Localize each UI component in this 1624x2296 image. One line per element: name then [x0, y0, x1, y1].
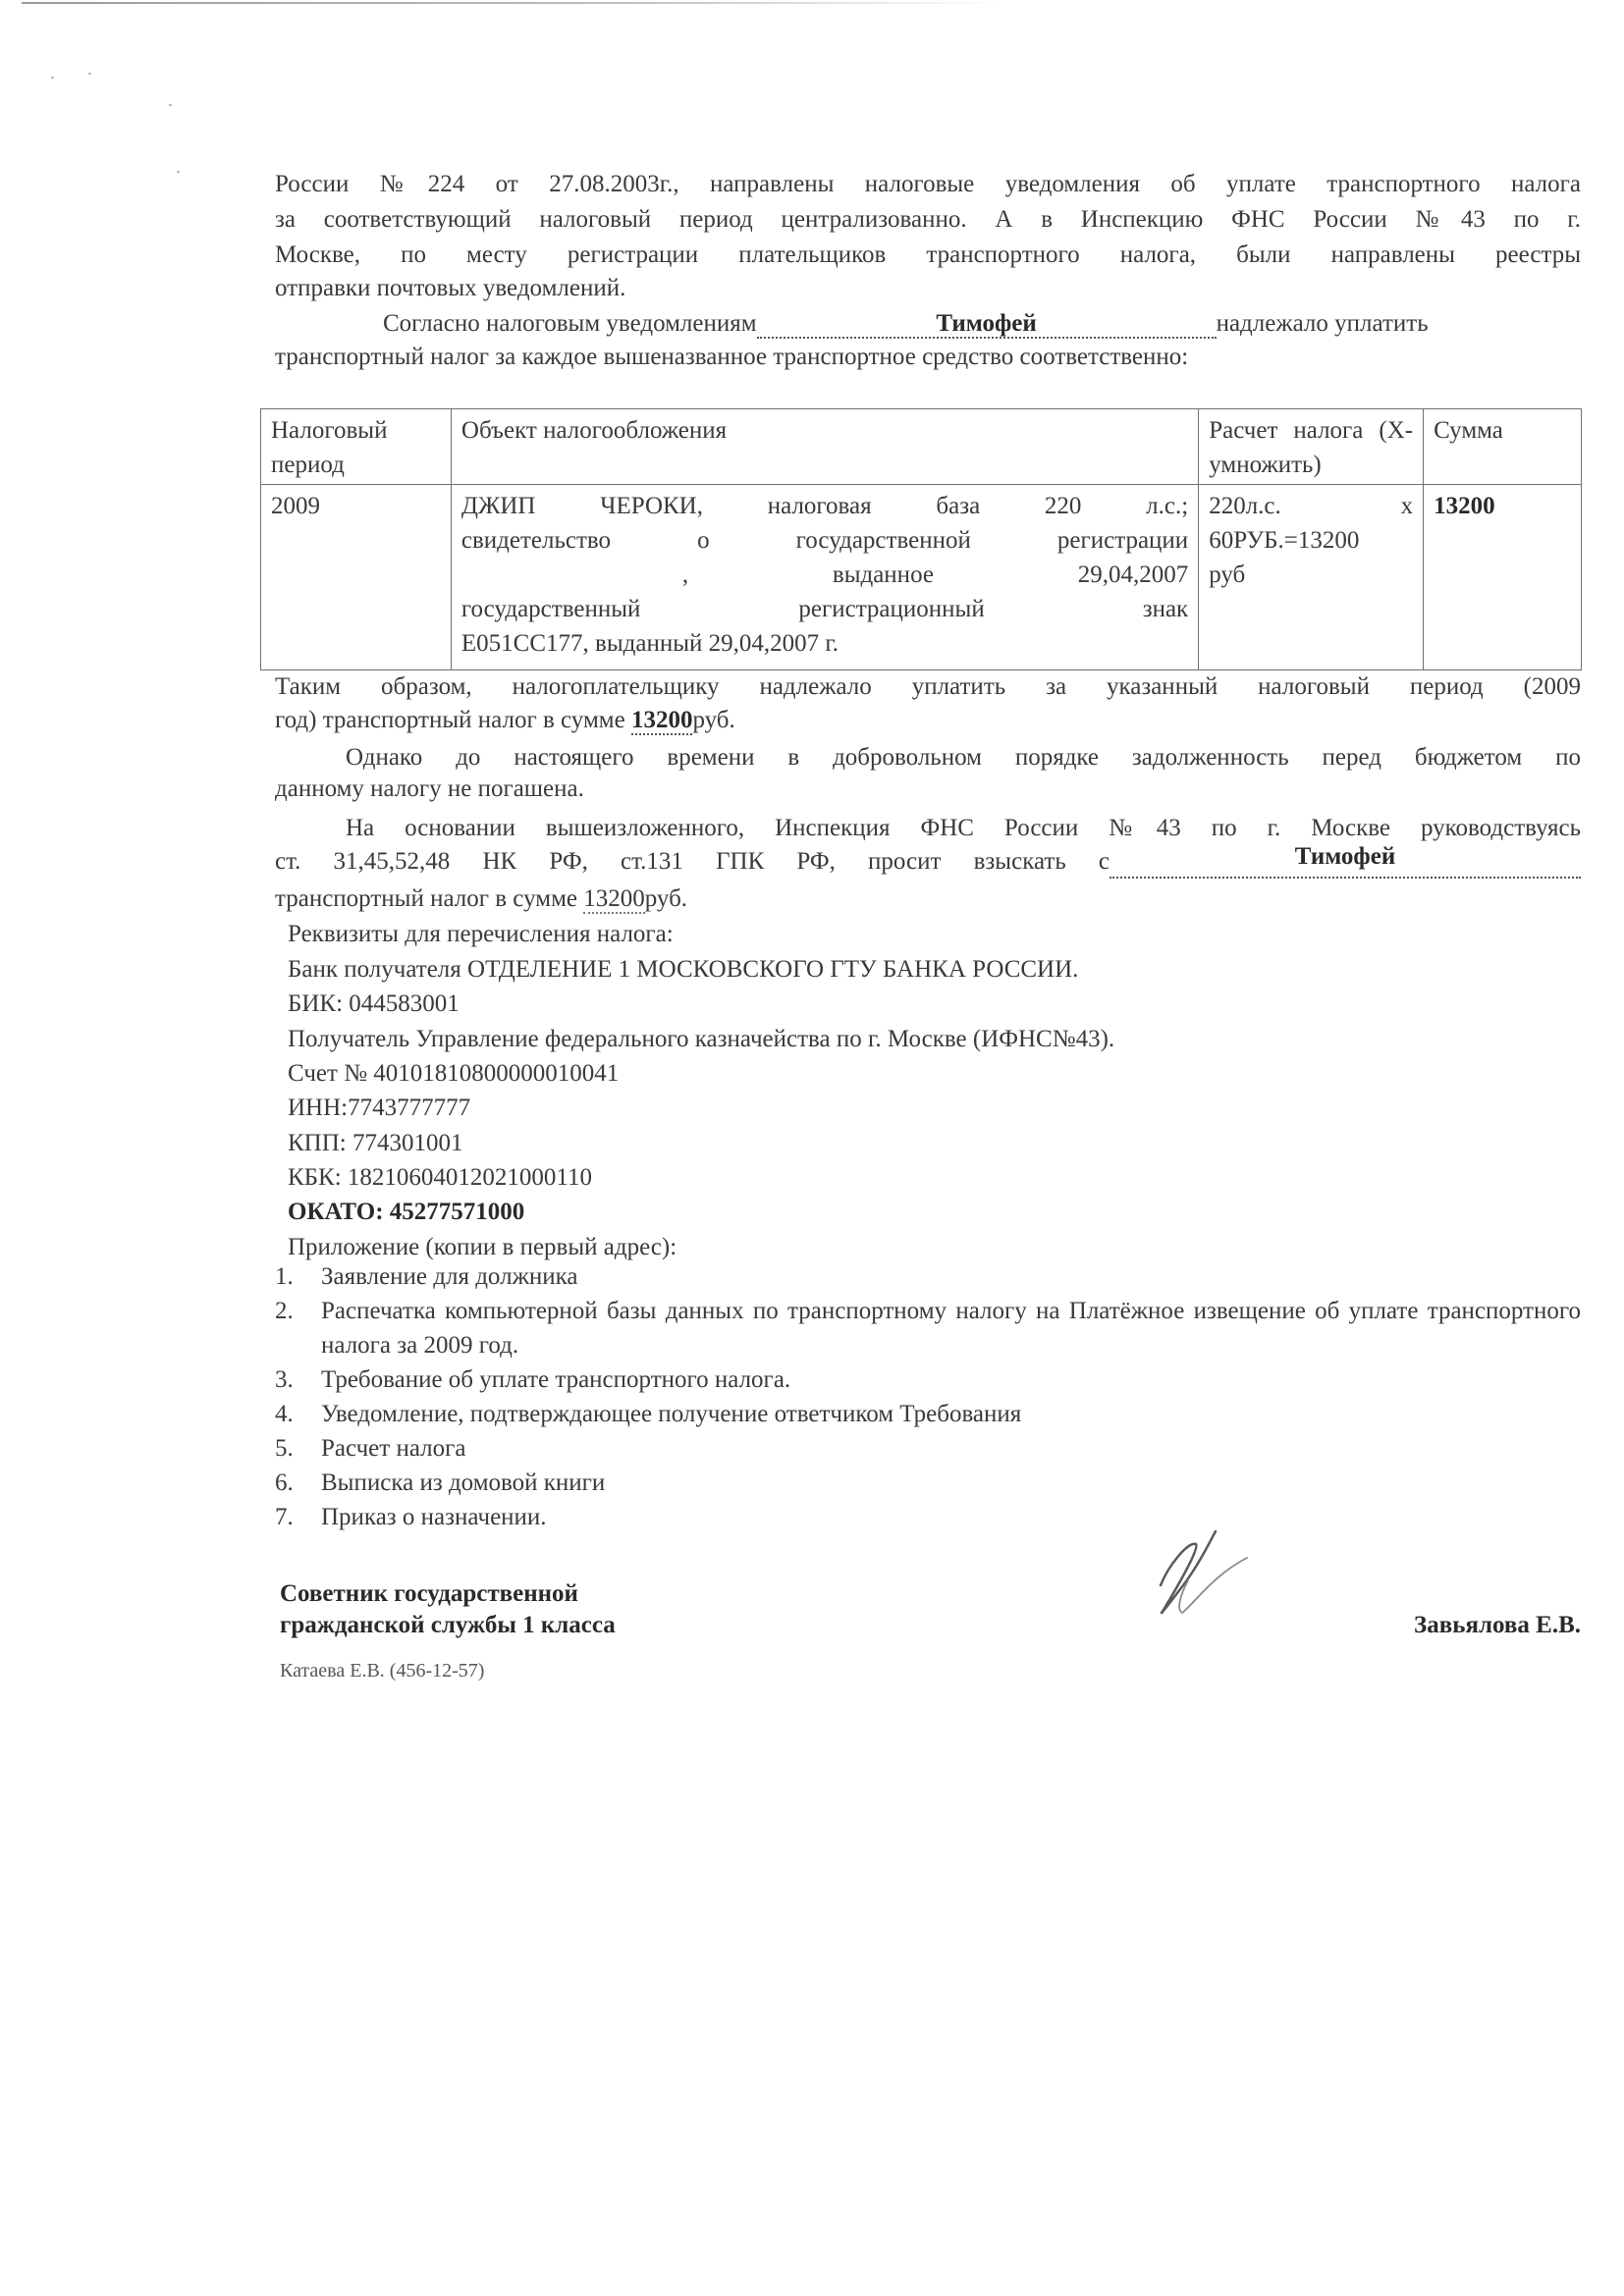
list-text: Уведомление, подтверждающее получение от…	[321, 1401, 1021, 1427]
list-number: 1.	[275, 1259, 294, 1294]
list-item: 7.Приказ о назначении.	[275, 1500, 1581, 1534]
scan-speck	[88, 73, 91, 75]
calc-line: руб	[1209, 558, 1413, 592]
claim-line-2: ст. 31,45,52,48 НК РФ, ст.131 ГПК РФ, пр…	[275, 844, 1581, 879]
document-page: России №224 от 27.08.2003г., направлены …	[0, 0, 1624, 2296]
claim-amount-text: транспортный налог в сумме	[275, 885, 583, 912]
handwritten-signature-icon	[1139, 1526, 1276, 1634]
notice-suffix: надлежало уплатить	[1217, 310, 1429, 337]
list-item: 4.Уведомление, подтверждающее получение …	[275, 1397, 1581, 1431]
executor-contact: Катаева Е.В. (456-12-57)	[280, 1657, 484, 1684]
list-number: 7.	[275, 1500, 294, 1534]
list-number: 2.	[275, 1294, 294, 1328]
taxpayer-name-field: Тимофей	[757, 311, 1217, 339]
requisites-title: Реквизиты для перечисления налога:	[288, 917, 674, 951]
list-number: 6.	[275, 1466, 294, 1500]
object-line: государственный регистрационный знак	[461, 592, 1188, 626]
summary-text: год) транспортный налог в сумме	[275, 707, 631, 733]
list-item: 2.Распечатка компьютерной базы данных по…	[275, 1294, 1581, 1362]
list-text: Приказ о назначении.	[321, 1504, 547, 1530]
header-amount: Сумма	[1424, 409, 1582, 485]
table-row: 2009 ДЖИП ЧЕРОКИ, налоговая база 220 л.с…	[261, 485, 1582, 670]
debt-line-2: данному налогу не погашена.	[275, 772, 584, 806]
summary-line-1: Таким образом, налогоплательщику надлежа…	[275, 669, 1581, 704]
list-text: Расчет налога	[321, 1435, 465, 1462]
requisites-kpp: КПП: 774301001	[288, 1126, 462, 1160]
requisites-recipient: Получатель Управление федерального казна…	[288, 1022, 1114, 1056]
requisites-bik: БИК: 044583001	[288, 987, 460, 1021]
list-item: 6.Выписка из домовой книги	[275, 1466, 1581, 1500]
list-item: 3.Требование об уплате транспортного нал…	[275, 1362, 1581, 1397]
scan-speck	[51, 77, 54, 79]
object-line-text: , выданное 29,04,2007	[682, 558, 1188, 592]
summary-currency: руб.	[692, 707, 734, 733]
requisites-account: Счет № 40101810800000010041	[288, 1056, 619, 1091]
requisites-inn: ИНН:7743777777	[288, 1091, 470, 1125]
cell-period: 2009	[261, 485, 452, 670]
list-text: Распечатка компьютерной базы данных по т…	[321, 1298, 1581, 1359]
signer-name: Завьялова Е.В.	[1370, 1608, 1581, 1642]
list-text: Требование об уплате транспортного налог…	[321, 1366, 790, 1393]
list-item: 1.Заявление для должника	[275, 1259, 1581, 1294]
list-item: 5.Расчет налога	[275, 1431, 1581, 1466]
claim-amount: 13200	[583, 885, 645, 914]
summary-line-2: год) транспортный налог в сумме 13200руб…	[275, 703, 735, 737]
object-line: ДЖИП ЧЕРОКИ, налоговая база 220 л.с.;	[461, 489, 1188, 523]
intro-line-1: России №224 от 27.08.2003г., направлены …	[275, 167, 1581, 201]
header-calculation: Расчет налога (Х-умножить)	[1199, 409, 1424, 485]
notice-line-1: Согласно налоговым уведомлениямТимофейна…	[383, 306, 1429, 341]
intro-line-3: Москве, по месту регистрации плательщико…	[275, 238, 1581, 272]
attachments-list: 1.Заявление для должника 2.Распечатка ко…	[275, 1259, 1581, 1534]
list-number: 4.	[275, 1397, 294, 1431]
requisites-bank: Банк получателя ОТДЕЛЕНИЕ 1 МОСКОВСКОГО …	[288, 952, 1078, 987]
calc-line: 60РУБ.=13200	[1209, 523, 1413, 558]
claim-currency: руб.	[645, 885, 687, 912]
notice-line-2: транспортный налог за каждое вышеназванн…	[275, 340, 1188, 374]
scan-speck	[169, 104, 172, 106]
list-text: Заявление для должника	[321, 1263, 577, 1290]
debt-line-1: Однако до настоящего времени в доброволь…	[346, 740, 1581, 774]
tax-table-header-row: Налоговый период Объект налогообложения …	[261, 409, 1582, 485]
claim-line-1: На основании вышеизложенного, Инспекция …	[346, 811, 1581, 845]
signer-position-line-1: Советник государственной	[280, 1576, 578, 1611]
calc-line: 220л.с. х	[1209, 489, 1413, 523]
cell-amount: 13200	[1424, 485, 1582, 670]
defendant-name-field: Тимофей	[1110, 844, 1581, 879]
claim-line-3: транспортный налог в сумме 13200руб.	[275, 881, 687, 916]
object-line: свидетельство о государственной регистра…	[461, 523, 1188, 558]
intro-line-4: отправки почтовых уведомлений.	[275, 271, 625, 305]
header-object: Объект налогообложения	[451, 409, 1198, 485]
tax-table: Налоговый период Объект налогообложения …	[260, 408, 1582, 670]
summary-amount: 13200	[631, 707, 693, 735]
intro-line-2: за соответствующий налоговый период цент…	[275, 202, 1581, 237]
requisites-kbk: КБК: 18210604012021000110	[288, 1160, 592, 1195]
list-text: Выписка из домовой книги	[321, 1469, 605, 1496]
notice-prefix: Согласно налоговым уведомлениям	[383, 310, 757, 337]
object-line: Е051СС177, выданный 29,04,2007 г.	[461, 626, 1188, 661]
scan-speck	[177, 171, 180, 173]
list-number: 5.	[275, 1431, 294, 1466]
scan-edge-line	[22, 2, 1003, 4]
object-line: , выданное 29,04,2007	[461, 558, 1188, 592]
list-number: 3.	[275, 1362, 294, 1397]
requisites-okato: ОКАТО: 45277571000	[288, 1195, 524, 1229]
claim-text: ст. 31,45,52,48 НК РФ, ст.131 ГПК РФ, пр…	[275, 844, 1110, 879]
header-period: Налоговый период	[261, 409, 452, 485]
cell-object: ДЖИП ЧЕРОКИ, налоговая база 220 л.с.; св…	[451, 485, 1198, 670]
signer-position-line-2: гражданской службы 1 класса	[280, 1608, 616, 1642]
cell-calculation: 220л.с. х 60РУБ.=13200 руб	[1199, 485, 1424, 670]
